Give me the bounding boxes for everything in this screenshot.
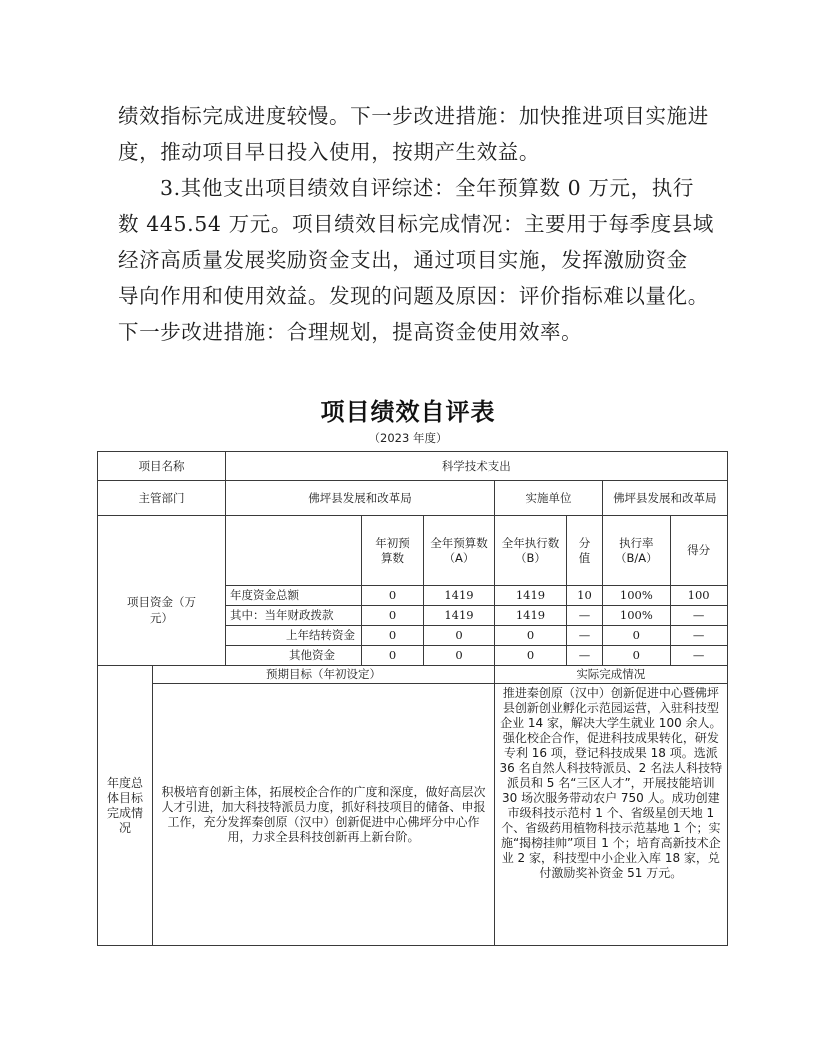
funds-row-label: 年度资金总额: [226, 586, 362, 606]
table-subtitle: （2023 年度）: [0, 430, 816, 446]
initial-budget-cell: 0: [362, 586, 424, 606]
row-project-name: 项目名称 科学技术支出: [98, 452, 728, 481]
exec-rate-cell: 100%: [603, 586, 671, 606]
annual-exec-cell: 0: [495, 626, 567, 646]
annual-budget-cell: 0: [424, 626, 495, 646]
header-exec-rate: 执行率（B/A）: [603, 516, 671, 586]
annual-budget-cell: 0: [424, 646, 495, 666]
header-score: 得分: [670, 516, 727, 586]
dept-label: 主管部门: [98, 481, 226, 516]
funds-row-label: 上年结转资金: [226, 626, 362, 646]
text-line: 绩效指标完成进度较慢。下一步改进措施：加快推进项目实施进: [118, 98, 708, 134]
score-cell: —: [670, 646, 727, 666]
weight-cell: 10: [567, 586, 603, 606]
weight-cell: —: [567, 606, 603, 626]
exec-rate-cell: 0: [603, 646, 671, 666]
row-funds-header: 项目资金（万元） 年初预算数 全年预算数（A） 全年执行数（B） 分值 执行率（…: [98, 516, 728, 586]
project-name-value: 科学技术支出: [226, 452, 728, 481]
score-cell: —: [670, 626, 727, 646]
initial-budget-cell: 0: [362, 606, 424, 626]
annual-budget-cell: 1419: [424, 606, 495, 626]
text-line: 经济高质量发展奖励资金支出，通过项目实施，发挥激励资金: [118, 242, 708, 278]
header-weight: 分值: [567, 516, 603, 586]
annual-exec-cell: 0: [495, 646, 567, 666]
row-goal-headers: 年度总体目标完成情况 预期目标（年初设定） 实际完成情况: [98, 666, 728, 684]
actual-completion-text: 推进秦创原（汉中）创新促进中心暨佛坪县创新创业孵化示范园运营，入驻科技型企业 1…: [495, 684, 728, 946]
annual-budget-cell: 1419: [424, 586, 495, 606]
funds-row-label: 其他资金: [226, 646, 362, 666]
text-line: 3.其他支出项目绩效自评综述：全年预算数 0 万元，执行: [118, 170, 708, 206]
funds-label: 项目资金（万元）: [98, 516, 226, 666]
row-department: 主管部门 佛坪县发展和改革局 实施单位 佛坪县发展和改革局: [98, 481, 728, 516]
impl-unit-value: 佛坪县发展和改革局: [603, 481, 728, 516]
initial-budget-cell: 0: [362, 626, 424, 646]
project-name-label: 项目名称: [98, 452, 226, 481]
goal-section-label: 年度总体目标完成情况: [98, 666, 153, 946]
expected-goal-header: 预期目标（年初设定）: [153, 666, 495, 684]
row-goal-content: 积极培育创新主体，拓展校企合作的广度和深度，做好高层次人才引进，加大科技特派员力…: [98, 684, 728, 946]
score-cell: 100: [670, 586, 727, 606]
weight-cell: —: [567, 646, 603, 666]
header-annual-exec: 全年执行数（B）: [495, 516, 567, 586]
paragraph-improvement-measures: 绩效指标完成进度较慢。下一步改进措施：加快推进项目实施进 度，推动项目早日投入使…: [118, 98, 708, 170]
header-annual-budget: 全年预算数（A）: [424, 516, 495, 586]
funds-row-label: 其中：当年财政拨款: [226, 606, 362, 626]
text-line: 度，推动项目早日投入使用，按期产生效益。: [118, 134, 708, 170]
score-cell: —: [670, 606, 727, 626]
impl-unit-label: 实施单位: [495, 481, 603, 516]
header-initial-budget: 年初预算数: [362, 516, 424, 586]
annual-exec-cell: 1419: [495, 606, 567, 626]
paragraph-other-expenditure-summary: 3.其他支出项目绩效自评综述：全年预算数 0 万元，执行 数 445.54 万元…: [118, 170, 708, 350]
exec-rate-cell: 0: [603, 626, 671, 646]
dept-value: 佛坪县发展和改革局: [226, 481, 495, 516]
annual-exec-cell: 1419: [495, 586, 567, 606]
table-title: 项目绩效自评表: [0, 392, 816, 427]
funds-header-blank: [226, 516, 362, 586]
text-line: 导向作用和使用效益。发现的问题及原因：评价指标难以量化。: [118, 278, 708, 314]
performance-evaluation-table: 项目名称 科学技术支出 主管部门 佛坪县发展和改革局 实施单位 佛坪县发展和改革…: [97, 451, 728, 946]
expected-goal-text: 积极培育创新主体，拓展校企合作的广度和深度，做好高层次人才引进，加大科技特派员力…: [153, 684, 495, 946]
actual-completion-header: 实际完成情况: [495, 666, 728, 684]
exec-rate-cell: 100%: [603, 606, 671, 626]
text-line: 下一步改进措施：合理规划，提高资金使用效率。: [118, 314, 708, 350]
initial-budget-cell: 0: [362, 646, 424, 666]
weight-cell: —: [567, 626, 603, 646]
text-line: 数 445.54 万元。项目绩效目标完成情况：主要用于每季度县域: [118, 206, 708, 242]
